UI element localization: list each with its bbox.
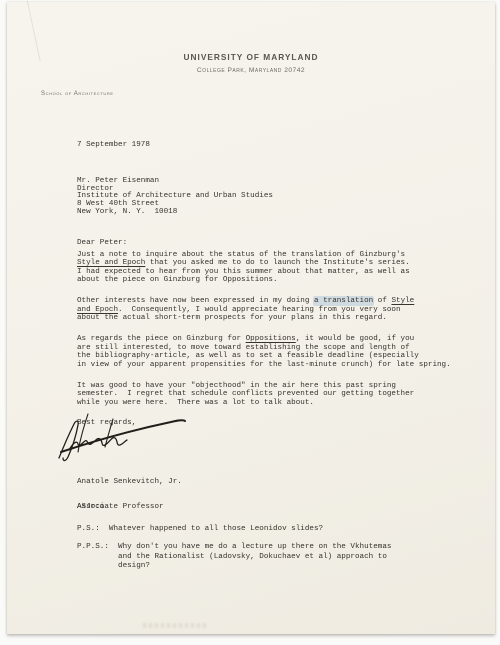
highlighted-text: a translation	[314, 297, 373, 305]
body-line: Other interests have now been expressed …	[77, 297, 451, 306]
text-segment: while you were here. There was a lot to …	[77, 399, 314, 407]
underlined-text: Style and Epoch	[77, 259, 145, 267]
body-line: I had expected to hear from you this sum…	[77, 268, 451, 277]
typist-initials: ASJr:o	[77, 503, 104, 511]
body-line: Just a note to inquire about the status …	[77, 251, 451, 260]
text-segment: Other interests have now been expressed …	[77, 297, 314, 305]
underlined-text: Oppositions	[246, 335, 296, 343]
text-segment: in view of your apparent propensities fo…	[77, 361, 451, 369]
body-line: about the piece on Ginzburg for Oppositi…	[77, 276, 451, 285]
body-line: As regards the piece on Ginzburg for Opp…	[77, 335, 451, 344]
text-segment: . Consequently, I would appreciate heari…	[118, 306, 401, 314]
text-segment: the bibliography-article, as well as to …	[77, 352, 419, 360]
text-segment: that you asked me to do to launch the In…	[145, 259, 409, 267]
recipient-block: Mr. Peter EisenmanDirectorInstitute of A…	[77, 178, 273, 217]
recipient-line: New York, N. Y. 10018	[77, 209, 273, 217]
body-line: It was good to have your "objecthood" in…	[77, 382, 451, 391]
postscript-line: and the Rationalist (Ladovsky, Dokuchaev…	[77, 553, 391, 562]
letter-body: Just a note to inquire about the status …	[77, 251, 451, 408]
underlined-text: and Epoch	[77, 306, 118, 314]
body-line: semester. I regret that schedule conflic…	[77, 390, 451, 399]
underlined-text: Style	[391, 297, 414, 305]
text-segment: As regards the piece on Ginzburg for	[77, 335, 246, 343]
paragraph: It was good to have your "objecthood" in…	[77, 382, 451, 408]
paragraph: As regards the piece on Ginzburg for Opp…	[77, 335, 451, 370]
body-line: are still interested, to move toward est…	[77, 344, 451, 353]
page-background: UNIVERSITY OF MARYLAND College Park, Mar…	[0, 0, 500, 645]
body-line: about the actual short-term prospects fo…	[77, 314, 451, 323]
body-line: Style and Epoch that you asked me to do …	[77, 259, 451, 268]
bleed-through-text	[143, 623, 209, 628]
paragraph: Other interests have now been expressed …	[77, 297, 451, 323]
text-segment: Just a note to inquire about the status …	[77, 251, 405, 259]
text-segment: about the actual short-term prospects fo…	[77, 314, 387, 322]
salutation: Dear Peter:	[77, 239, 127, 247]
postscripts: P.S.: Whatever happened to all those Leo…	[77, 525, 391, 572]
body-line: the bibliography-article, as well as to …	[77, 352, 451, 361]
text-segment: semester. I regret that schedule conflic…	[77, 390, 414, 398]
text-segment: are still interested, to move toward est…	[77, 344, 410, 352]
letterhead-department: School of Architecture	[41, 91, 114, 97]
postscript-line: P.P.S.: Why don't you have me do a lectu…	[77, 543, 391, 552]
body-line: in view of your apparent propensities fo…	[77, 361, 451, 370]
text-segment: about the piece on Ginzburg for Oppositi…	[77, 276, 278, 284]
postscript-line: design?	[77, 562, 391, 571]
text-segment: It was good to have your "objecthood" in…	[77, 382, 396, 390]
paragraph: Just a note to inquire about the status …	[77, 251, 451, 286]
signature-handwriting	[55, 407, 200, 465]
letter-date: 7 September 1978	[77, 141, 150, 149]
letterhead-university: UNIVERSITY OF MARYLAND	[7, 52, 495, 62]
signature-block: Anatole Senkevitch, Jr. Associate Profes…	[77, 462, 182, 527]
text-segment: , it would be good, if you	[296, 335, 414, 343]
postscript-line	[77, 534, 391, 543]
signature-name: Anatole Senkevitch, Jr.	[77, 478, 182, 487]
postscript-line: P.S.: Whatever happened to all those Leo…	[77, 525, 391, 534]
text-segment: of	[373, 297, 391, 305]
letterhead-address: College Park, Maryland 20742	[7, 67, 495, 74]
text-segment: I had expected to hear from you this sum…	[77, 268, 410, 276]
letter-paper: UNIVERSITY OF MARYLAND College Park, Mar…	[7, 2, 495, 634]
body-line: and Epoch. Consequently, I would appreci…	[77, 306, 451, 315]
